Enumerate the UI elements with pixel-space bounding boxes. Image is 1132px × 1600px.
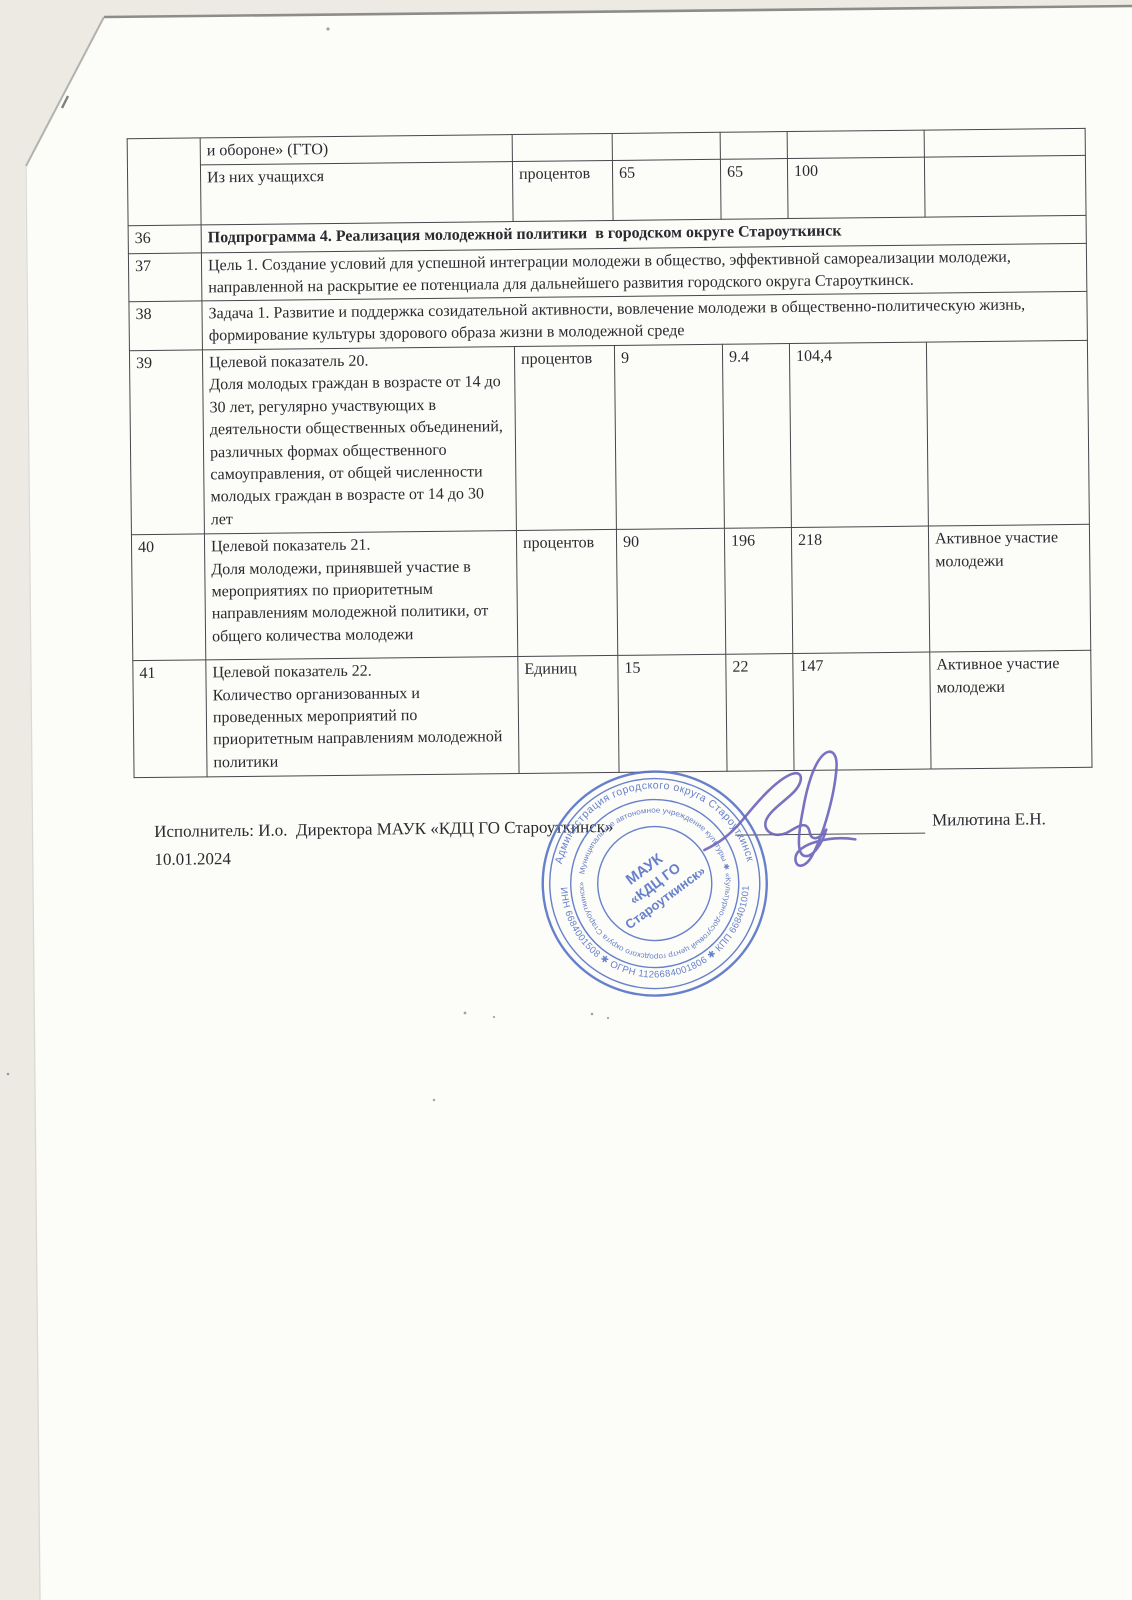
- note-cell: Активное участие молодежи: [930, 651, 1092, 770]
- unit-cell: Единиц: [518, 656, 619, 774]
- handwritten-signature: [663, 717, 925, 890]
- printed-content: и обороне» (ГТО) Из них учащихся процент…: [0, 0, 1132, 1600]
- scanned-document-page: { "ink_color": "#2a2a30", "table_line_co…: [0, 0, 1132, 1600]
- indicator-text: и обороне» (ГТО): [207, 141, 329, 159]
- unit-cell: [512, 133, 612, 161]
- indicators-table: и обороне» (ГТО) Из них учащихся процент…: [127, 128, 1093, 779]
- goal-text: Цель 1. Создание условий для успешной ин…: [208, 248, 1015, 296]
- signatory-name: Милютина Е.Н.: [932, 809, 1046, 830]
- unit-cell: процентов: [514, 345, 616, 530]
- indicator-description: Количество организованных и проведенных …: [213, 685, 503, 771]
- unit-cell: процентов: [512, 161, 613, 222]
- value-cell: 65: [612, 160, 721, 221]
- value-cell: [720, 132, 787, 160]
- indicator-title: Целевой показатель 21.: [211, 533, 510, 559]
- note-cell: [924, 156, 1086, 218]
- row-number-cell: 36: [128, 225, 201, 253]
- note-text: Активное участие молодежи: [936, 655, 1059, 696]
- document-date: 10.01.2024: [154, 849, 231, 870]
- note-cell: [926, 340, 1089, 526]
- table-row-41-indicator: 41 Целевой показатель 22. Количество орг…: [133, 651, 1092, 778]
- value-cell: 65: [720, 159, 788, 220]
- indicator-title: Целевой показатель 22.: [212, 659, 511, 685]
- table-row-carryover-2: Из них учащихся процентов 65 65 100: [127, 156, 1086, 226]
- indicator-name-cell: Целевой показатель 21. Доля молодежи, пр…: [204, 531, 517, 660]
- table-row-39-indicator: 39 Целевой показатель 20. Доля молодых г…: [129, 340, 1089, 535]
- indicator-name-cell: Целевой показатель 20. Доля молодых граж…: [202, 347, 516, 535]
- task-text: Задача 1. Развитие и поддержка созидател…: [208, 297, 1029, 345]
- value-cell: 100: [787, 157, 925, 218]
- subprogram-title: Подпрограмма 4. Реализация молодежной по…: [208, 223, 842, 247]
- indicator-description: Доля молодых граждан в возрасте от 14 до…: [209, 374, 503, 529]
- indicator-name-cell: Целевой показатель 22. Количество органи…: [206, 657, 519, 777]
- indicator-name-cell: и обороне» (ГТО): [200, 135, 512, 166]
- row-number-cell: 40: [131, 534, 205, 661]
- table-row-40-indicator: 40 Целевой показатель 21. Доля молодежи,…: [131, 525, 1090, 661]
- unit-cell: процентов: [516, 530, 617, 657]
- value-cell: 218: [791, 526, 929, 653]
- value-cell: 104,4: [789, 342, 928, 528]
- value-cell: 9: [614, 344, 724, 529]
- row-number-cell: 37: [128, 253, 202, 302]
- value-cell: [612, 132, 720, 161]
- note-cell: Активное участие молодежи: [928, 525, 1090, 653]
- row-number-cell: 38: [129, 301, 203, 350]
- indicator-name-cell: Из них учащихся: [200, 162, 513, 225]
- value-cell: 196: [724, 528, 792, 655]
- row-number-cell: [127, 138, 201, 226]
- indicator-description: Доля молодежи, принявшей участие в мероп…: [211, 558, 488, 645]
- note-text: Активное участие молодежи: [935, 529, 1058, 570]
- indicator-title: Целевой показатель 20.: [209, 349, 508, 375]
- value-cell: 9.4: [722, 344, 791, 529]
- row-number-cell: 41: [133, 660, 207, 778]
- value-cell: 90: [616, 529, 725, 656]
- value-cell: [787, 130, 924, 159]
- row-number-cell: 39: [129, 350, 204, 535]
- note-cell: [924, 128, 1085, 157]
- indicator-text: Из них учащихся: [207, 168, 324, 186]
